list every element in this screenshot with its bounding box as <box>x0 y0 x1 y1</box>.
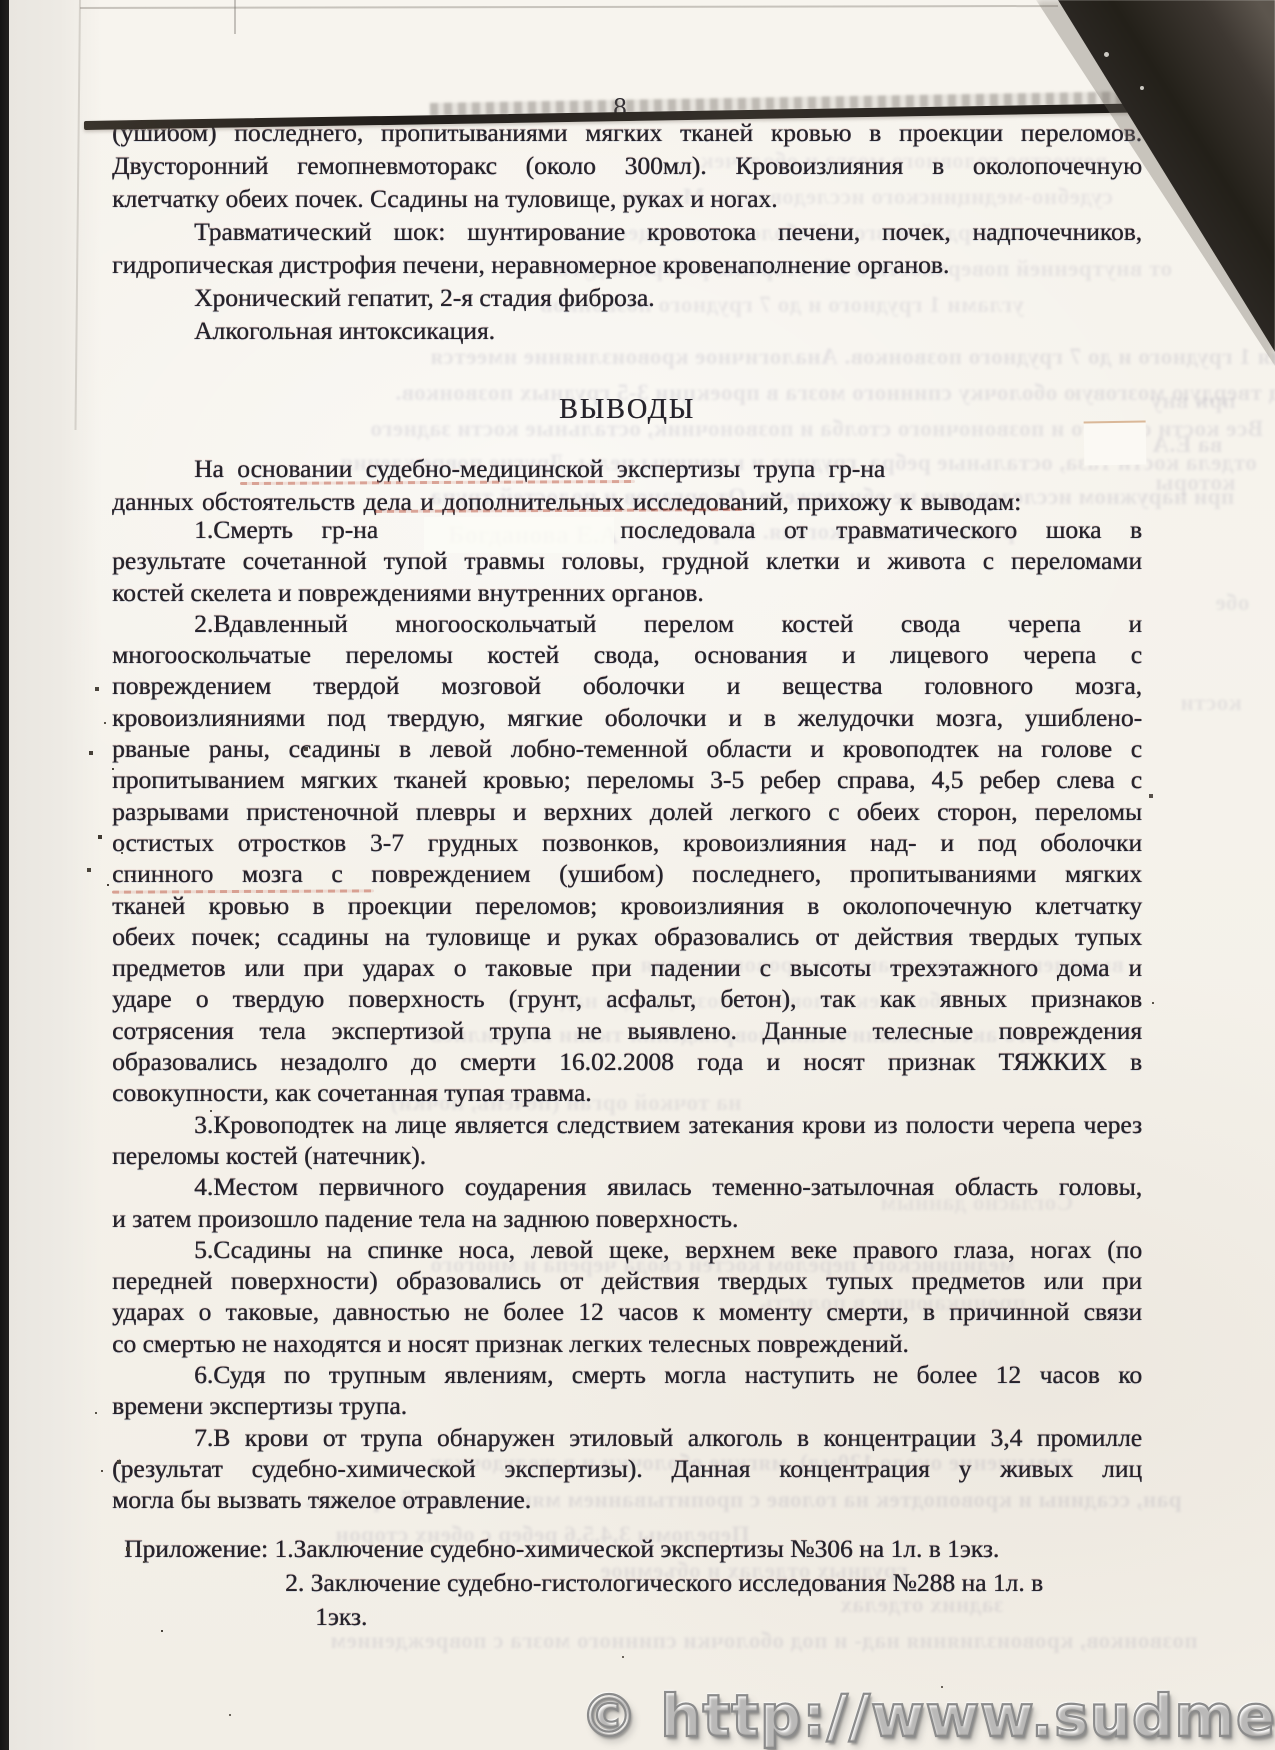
appendix-block: Приложение: 1.Заключение судебно-химичес… <box>124 1532 1184 1634</box>
correction-fluid-patch <box>1084 420 1147 465</box>
scanned-forensic-report-page: { "page": { "number": "8", "watermark": … <box>0 0 1275 1750</box>
autopsy-findings-block: (ушибом) последнего, пропитываниями мягк… <box>112 116 1142 347</box>
conclusions-list: 1.Смертьгр-напоследовалаоттравматическог… <box>112 514 1142 1516</box>
scan-corner-speck <box>1140 86 1144 90</box>
sudmed-watermark: © http://www.sudmed.ru <box>580 1682 1275 1750</box>
scan-corner-speck <box>1104 52 1109 57</box>
scanner-edge-black <box>0 0 9 1750</box>
conclusions-heading: ВЫВОДЫ <box>112 394 1142 426</box>
